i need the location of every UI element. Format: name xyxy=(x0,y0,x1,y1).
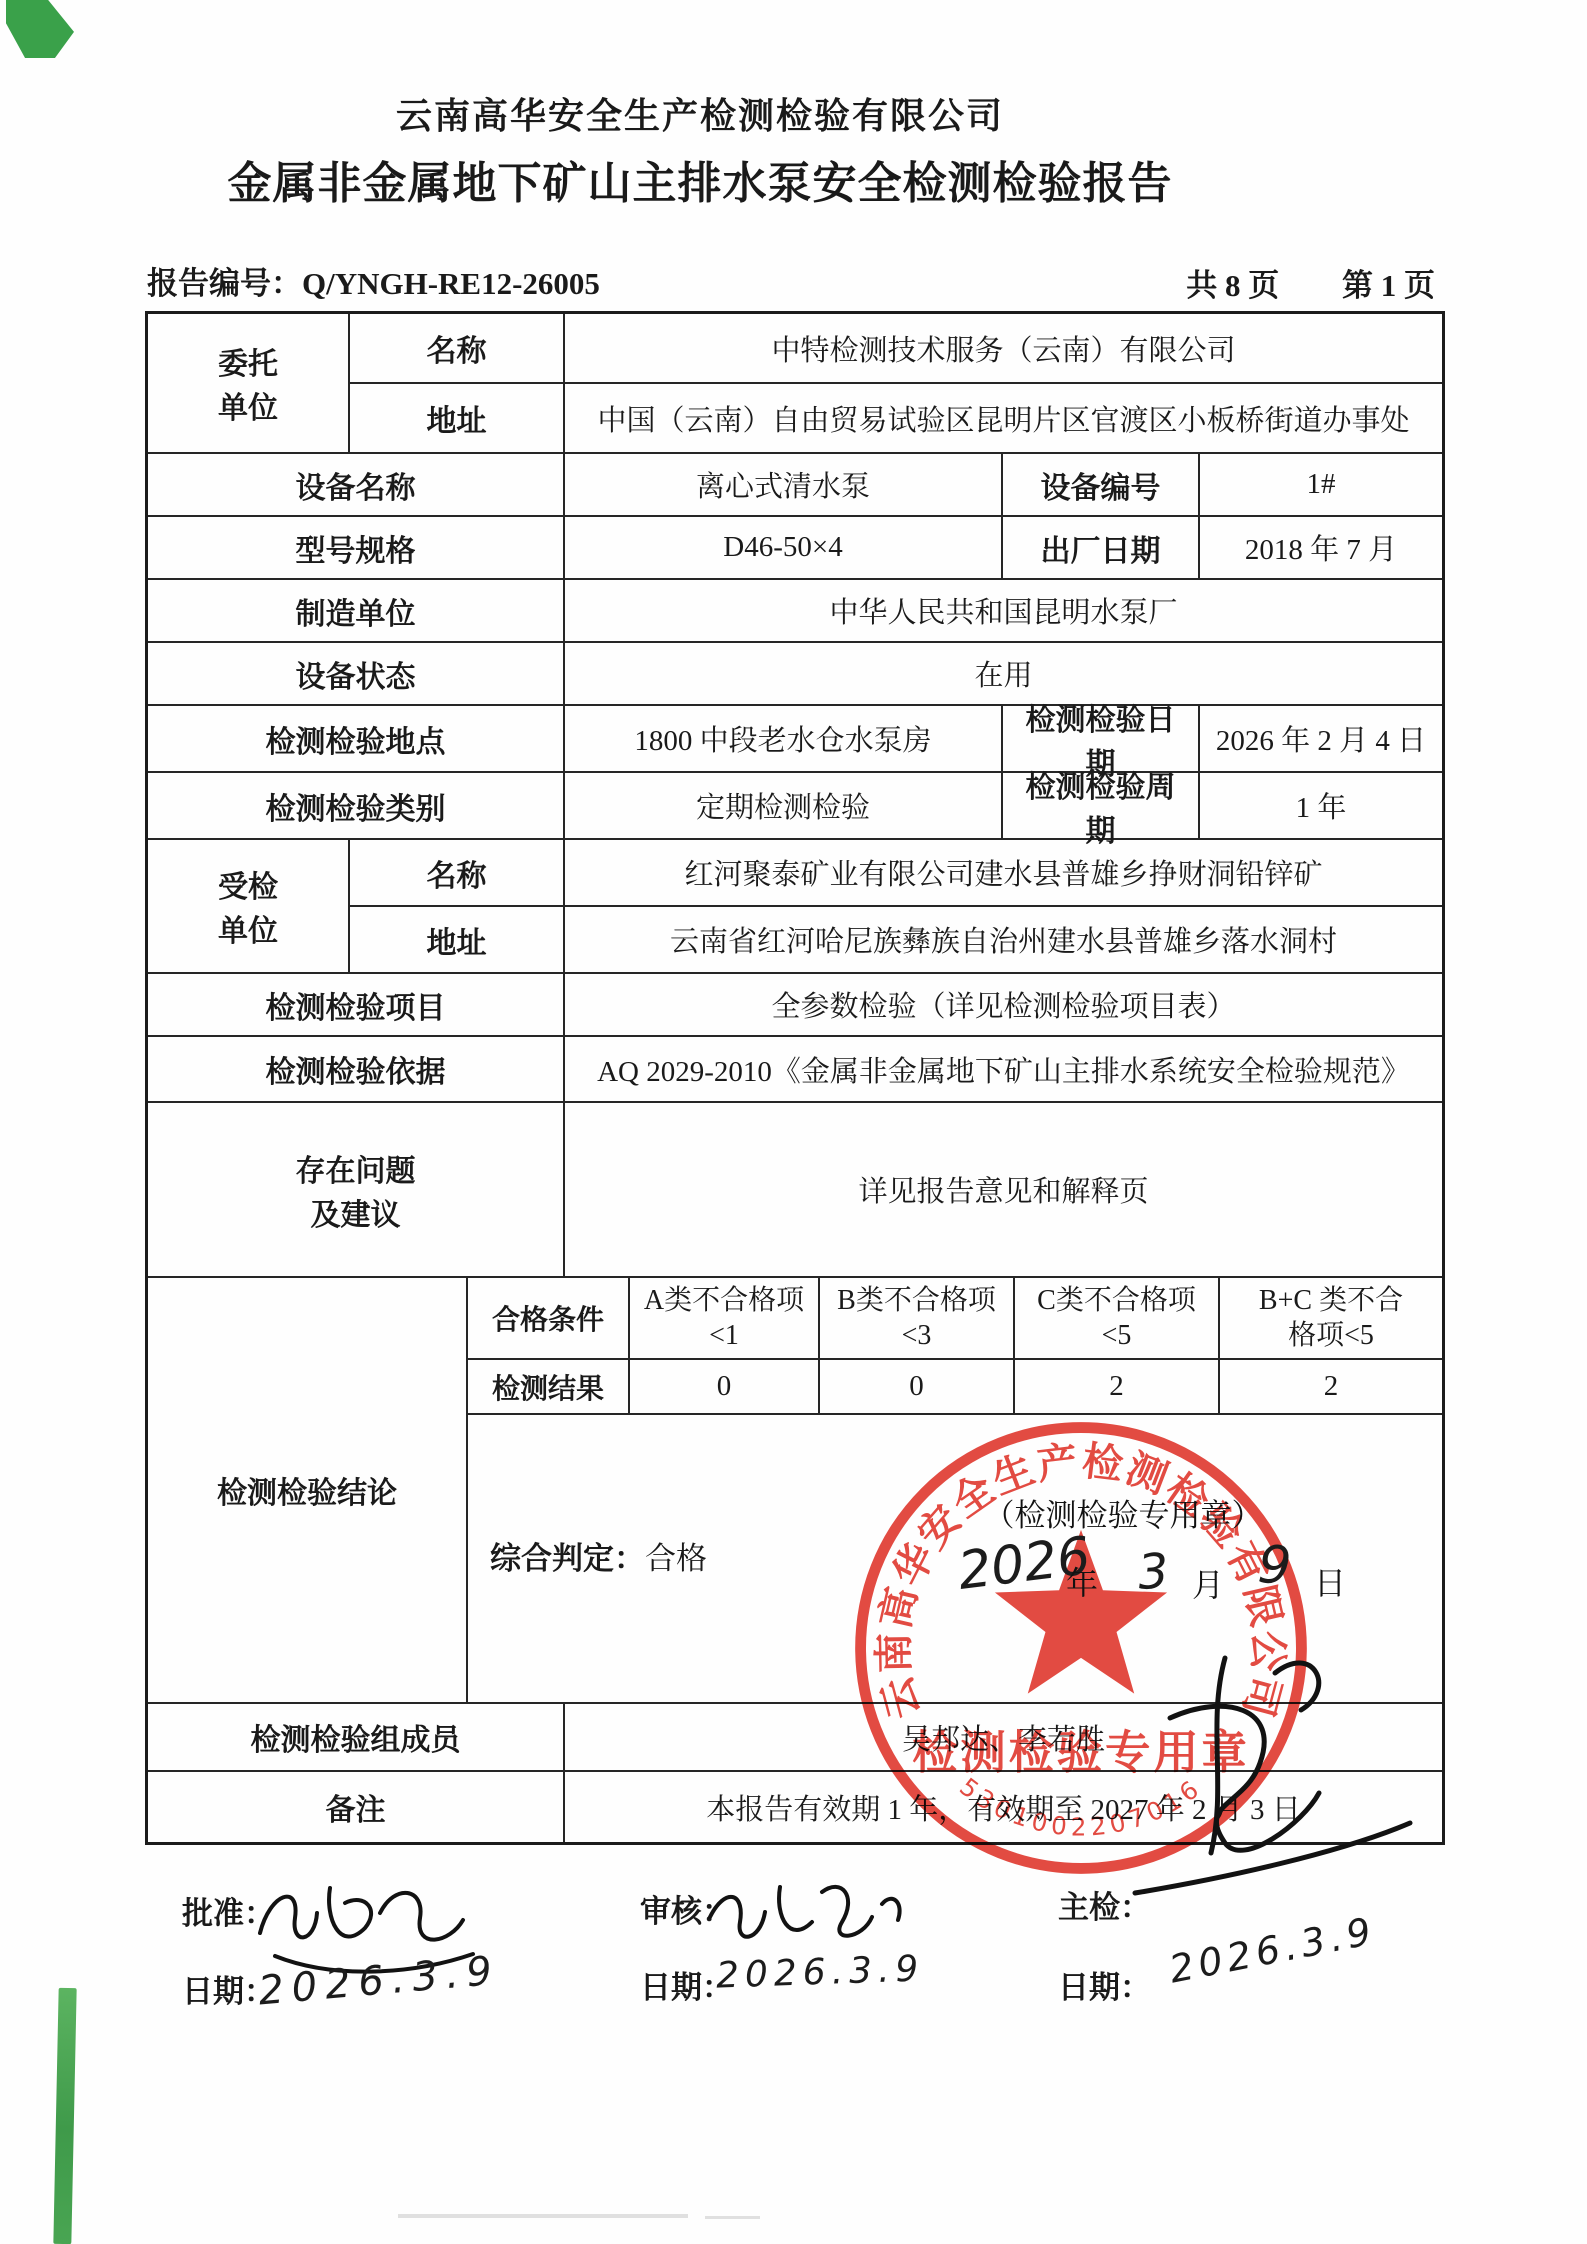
criteria-c: C类不合格项<5 xyxy=(1015,1278,1220,1358)
subject-name-label: 名称 xyxy=(350,840,565,905)
verdict: 综合判定：合格 xyxy=(490,1533,707,1578)
subject-group-label: 受检 单位 xyxy=(148,840,350,972)
model-label: 型号规格 xyxy=(148,517,565,578)
table-row-items: 检测检验项目 全参数检验（详见检测检验项目表） xyxy=(148,974,1442,1037)
hand-month: 3 xyxy=(1136,1543,1170,1601)
insp-type-value: 定期检测检验 xyxy=(565,773,1003,838)
device-name-label: 设备名称 xyxy=(148,454,565,515)
table-row-model: 型号规格 D46-50×4 出厂日期 2018 年 7 月 xyxy=(148,517,1442,580)
table-row-maker: 制造单位 中华人民共和国昆明水泵厂 xyxy=(148,580,1442,643)
items-value: 全参数检验（详见检测检验项目表） xyxy=(565,974,1442,1035)
insp-cycle-value: 1 年 xyxy=(1200,773,1442,838)
criteria-b: B类不合格项<3 xyxy=(820,1278,1015,1358)
table-row-insp-type: 检测检验类别 定期检测检验 检测检验周期 1 年 xyxy=(148,773,1442,840)
factory-date-value: 2018 年 7 月 xyxy=(1200,517,1442,578)
month-suffix: 月 xyxy=(1192,1560,1224,1606)
criteria-label: 合格条件 xyxy=(468,1278,630,1358)
table-row-basis: 检测检验依据 AQ 2029-2010《金属非金属地下矿山主排水系统安全检验规范… xyxy=(148,1037,1442,1103)
model-value: D46-50×4 xyxy=(565,517,1003,578)
day-suffix: 日 xyxy=(1314,1558,1346,1604)
subject-name-value: 红河聚泰矿业有限公司建水县普雄乡挣财洞铅锌矿 xyxy=(565,840,1442,905)
team-label: 检测检验组成员 xyxy=(148,1704,565,1770)
review-date: 2026.3.9 xyxy=(715,1948,925,1996)
client-name-value: 中特检测技术服务（云南）有限公司 xyxy=(565,314,1442,382)
basis-label: 检测检验依据 xyxy=(148,1037,565,1101)
table-row-subject: 受检 单位 名称 红河聚泰矿业有限公司建水县普雄乡挣财洞铅锌矿 地址 云南省红河… xyxy=(148,840,1442,974)
page-title: 金属非金属地下矿山主排水泵安全检测检验报告 xyxy=(145,147,1255,211)
insp-date-value: 2026 年 2 月 4 日 xyxy=(1200,706,1442,771)
criteria-a: A类不合格项<1 xyxy=(630,1278,820,1358)
company-name: 云南高华安全生产检测检验有限公司 xyxy=(145,88,1255,139)
current-page: 第 1 页 xyxy=(1342,268,1435,303)
conclusion-label: 检测检验结论 xyxy=(148,1278,468,1702)
criteria-bc: B+C 类不合格项<5 xyxy=(1220,1278,1442,1358)
insp-type-label: 检测检验类别 xyxy=(148,773,565,838)
subject-addr-label: 地址 xyxy=(350,907,565,972)
client-addr-value: 中国（云南）自由贸易试验区昆明片区官渡区小板桥街道办事处 xyxy=(565,384,1442,452)
insp-cycle-label: 检测检验周期 xyxy=(1003,773,1200,838)
insp-place-value: 1800 中段老水仓水泵房 xyxy=(565,706,1003,771)
table-row-insp-place: 检测检验地点 1800 中段老水仓水泵房 检测检验日期 2026 年 2 月 4… xyxy=(148,706,1442,773)
scan-smudge xyxy=(705,2216,760,2219)
table-row-device-name: 设备名称 离心式清水泵 设备编号 1# xyxy=(148,454,1442,517)
scan-artifact-corner xyxy=(6,0,74,58)
problems-value: 详见报告意见和解释页 xyxy=(565,1103,1442,1276)
chief-date-label: 日期： xyxy=(1058,1962,1151,2007)
client-addr-label: 地址 xyxy=(350,384,565,452)
insp-place-label: 检测检验地点 xyxy=(148,706,565,771)
basis-value: AQ 2029-2010《金属非金属地下矿山主排水系统安全检验规范》 xyxy=(565,1037,1442,1101)
device-no-label: 设备编号 xyxy=(1003,454,1200,515)
page-count: 共 8 页 第 1 页 xyxy=(1131,260,1435,305)
factory-date-label: 出厂日期 xyxy=(1003,517,1200,578)
hand-day: 9 xyxy=(1256,1535,1293,1597)
report-number: 报告编号：Q/YNGH-RE12-26005 xyxy=(147,258,600,303)
table-row-problems: 存在问题 及建议 详见报告意见和解释页 xyxy=(148,1103,1442,1278)
device-name-value: 离心式清水泵 xyxy=(565,454,1003,515)
status-value: 在用 xyxy=(565,643,1442,704)
report-meta-line: 报告编号：Q/YNGH-RE12-26005 共 8 页 第 1 页 xyxy=(147,258,1445,302)
subject-addr-value: 云南省红河哈尼族彝族自治州建水县普雄乡落水洞村 xyxy=(565,907,1442,972)
table-row-status: 设备状态 在用 xyxy=(148,643,1442,706)
year-suffix: 年 xyxy=(1066,1558,1098,1604)
header: 云南高华安全生产检测检验有限公司 金属非金属地下矿山主排水泵安全检测检验报告 xyxy=(145,88,1255,211)
scan-artifact-strip xyxy=(53,1988,76,2244)
chief-signature xyxy=(1075,1628,1455,1968)
maker-label: 制造单位 xyxy=(148,580,565,641)
scanned-report-page: 云南高华安全生产检测检验有限公司 金属非金属地下矿山主排水泵安全检测检验报告 报… xyxy=(0,0,1587,2244)
result-label: 检测结果 xyxy=(468,1360,630,1414)
items-label: 检测检验项目 xyxy=(148,974,565,1035)
device-no-value: 1# xyxy=(1200,454,1442,515)
status-label: 设备状态 xyxy=(148,643,565,704)
maker-value: 中华人民共和国昆明水泵厂 xyxy=(565,580,1442,641)
client-group-label: 委托 单位 xyxy=(148,314,350,452)
problems-label: 存在问题 及建议 xyxy=(148,1103,565,1276)
client-name-label: 名称 xyxy=(350,314,565,382)
scan-smudge xyxy=(398,2214,688,2218)
total-pages: 共 8 页 xyxy=(1186,268,1279,303)
remark-label: 备注 xyxy=(148,1772,565,1842)
table-row-client: 委托 单位 名称 中特检测技术服务（云南）有限公司 地址 中国（云南）自由贸易试… xyxy=(148,314,1442,454)
result-a: 0 xyxy=(630,1360,820,1414)
stamp-note: （检测检验专用章） xyxy=(938,1490,1308,1535)
